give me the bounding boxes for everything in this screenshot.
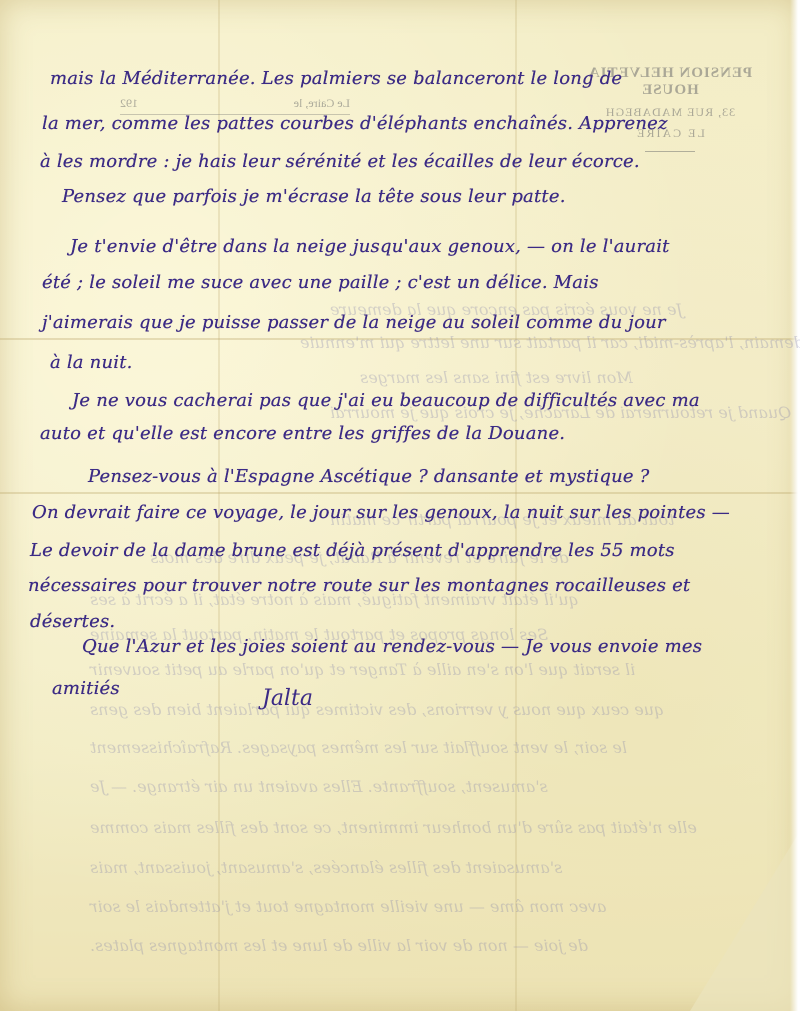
letter-line: nécessaires pour trouver notre route sur… — [28, 575, 690, 596]
letter-line: On devrait faire ce voyage, le jour sur … — [32, 502, 730, 523]
bleed-through-line: elle n'était pas sûre d'un bonheur immin… — [90, 818, 697, 837]
letter-line: désertes. — [30, 611, 115, 632]
bleed-through-line: s'amusent, souffrante. Elles avaient un … — [90, 777, 548, 796]
letter-line: Je t'envie d'être dans la neige jusqu'au… — [70, 236, 670, 257]
letter-line: à les mordre : je hais leur sérénité et … — [40, 151, 640, 172]
letter-line: Pensez-vous à l'Espagne Ascétique ? dans… — [88, 466, 650, 487]
letter-line: Je ne vous cacherai pas que j'ai eu beau… — [72, 390, 700, 411]
folded-corner — [690, 831, 800, 1011]
bleed-through-line: Urbaine le lendemain, l'après-midi, car … — [300, 333, 800, 352]
letter-line: j'aimerais que je puisse passer de la ne… — [42, 312, 666, 333]
signature: Jalta — [262, 686, 313, 711]
letter-line: Pensez que parfois je m'écrase la tête s… — [62, 186, 566, 207]
bleed-through-line: Mon livre est fini sans les marges — [360, 368, 633, 387]
letter-line: Le devoir de la dame brune est déjà prés… — [30, 540, 675, 561]
dateline-right: 192 — [120, 96, 138, 114]
paper-edge — [790, 0, 800, 1011]
bleed-through-line: il serait que l'on s'en aille à Tanger e… — [90, 660, 635, 679]
dateline-left: Le Caire, le — [294, 96, 350, 114]
bleed-through-line: le soir, le vent soufflait sur les mêmes… — [90, 738, 627, 757]
letter-line: auto et qu'elle est encore entre les gri… — [40, 423, 565, 444]
letterhead-rule — [645, 151, 695, 152]
letter-page: PENSION HELVETIA HOUSE 33, RUE MADABEGH … — [0, 0, 800, 1011]
bleed-through-line: s'amusaient des filles élancées, s'amusa… — [90, 858, 562, 877]
letter-line: mais la Méditerranée. Les palmiers se ba… — [50, 68, 622, 89]
letter-line: amitiés — [52, 678, 120, 699]
bleed-through-line: de joie — non de voir la ville de lune e… — [90, 936, 588, 955]
letter-line: Que l'Azur et les joies soient au rendez… — [82, 636, 702, 657]
letter-line: la mer, comme les pattes courbes d'éléph… — [42, 113, 668, 134]
letter-line: à la nuit. — [50, 352, 133, 373]
horizontal-fold-crease — [0, 492, 800, 494]
bleed-through-line: avec mon âme — une vieille montagne tout… — [90, 897, 606, 916]
bleed-through-line: que ceux que nous y verrions, des victim… — [90, 700, 664, 719]
letter-line: été ; le soleil me suce avec une paille … — [42, 272, 599, 293]
